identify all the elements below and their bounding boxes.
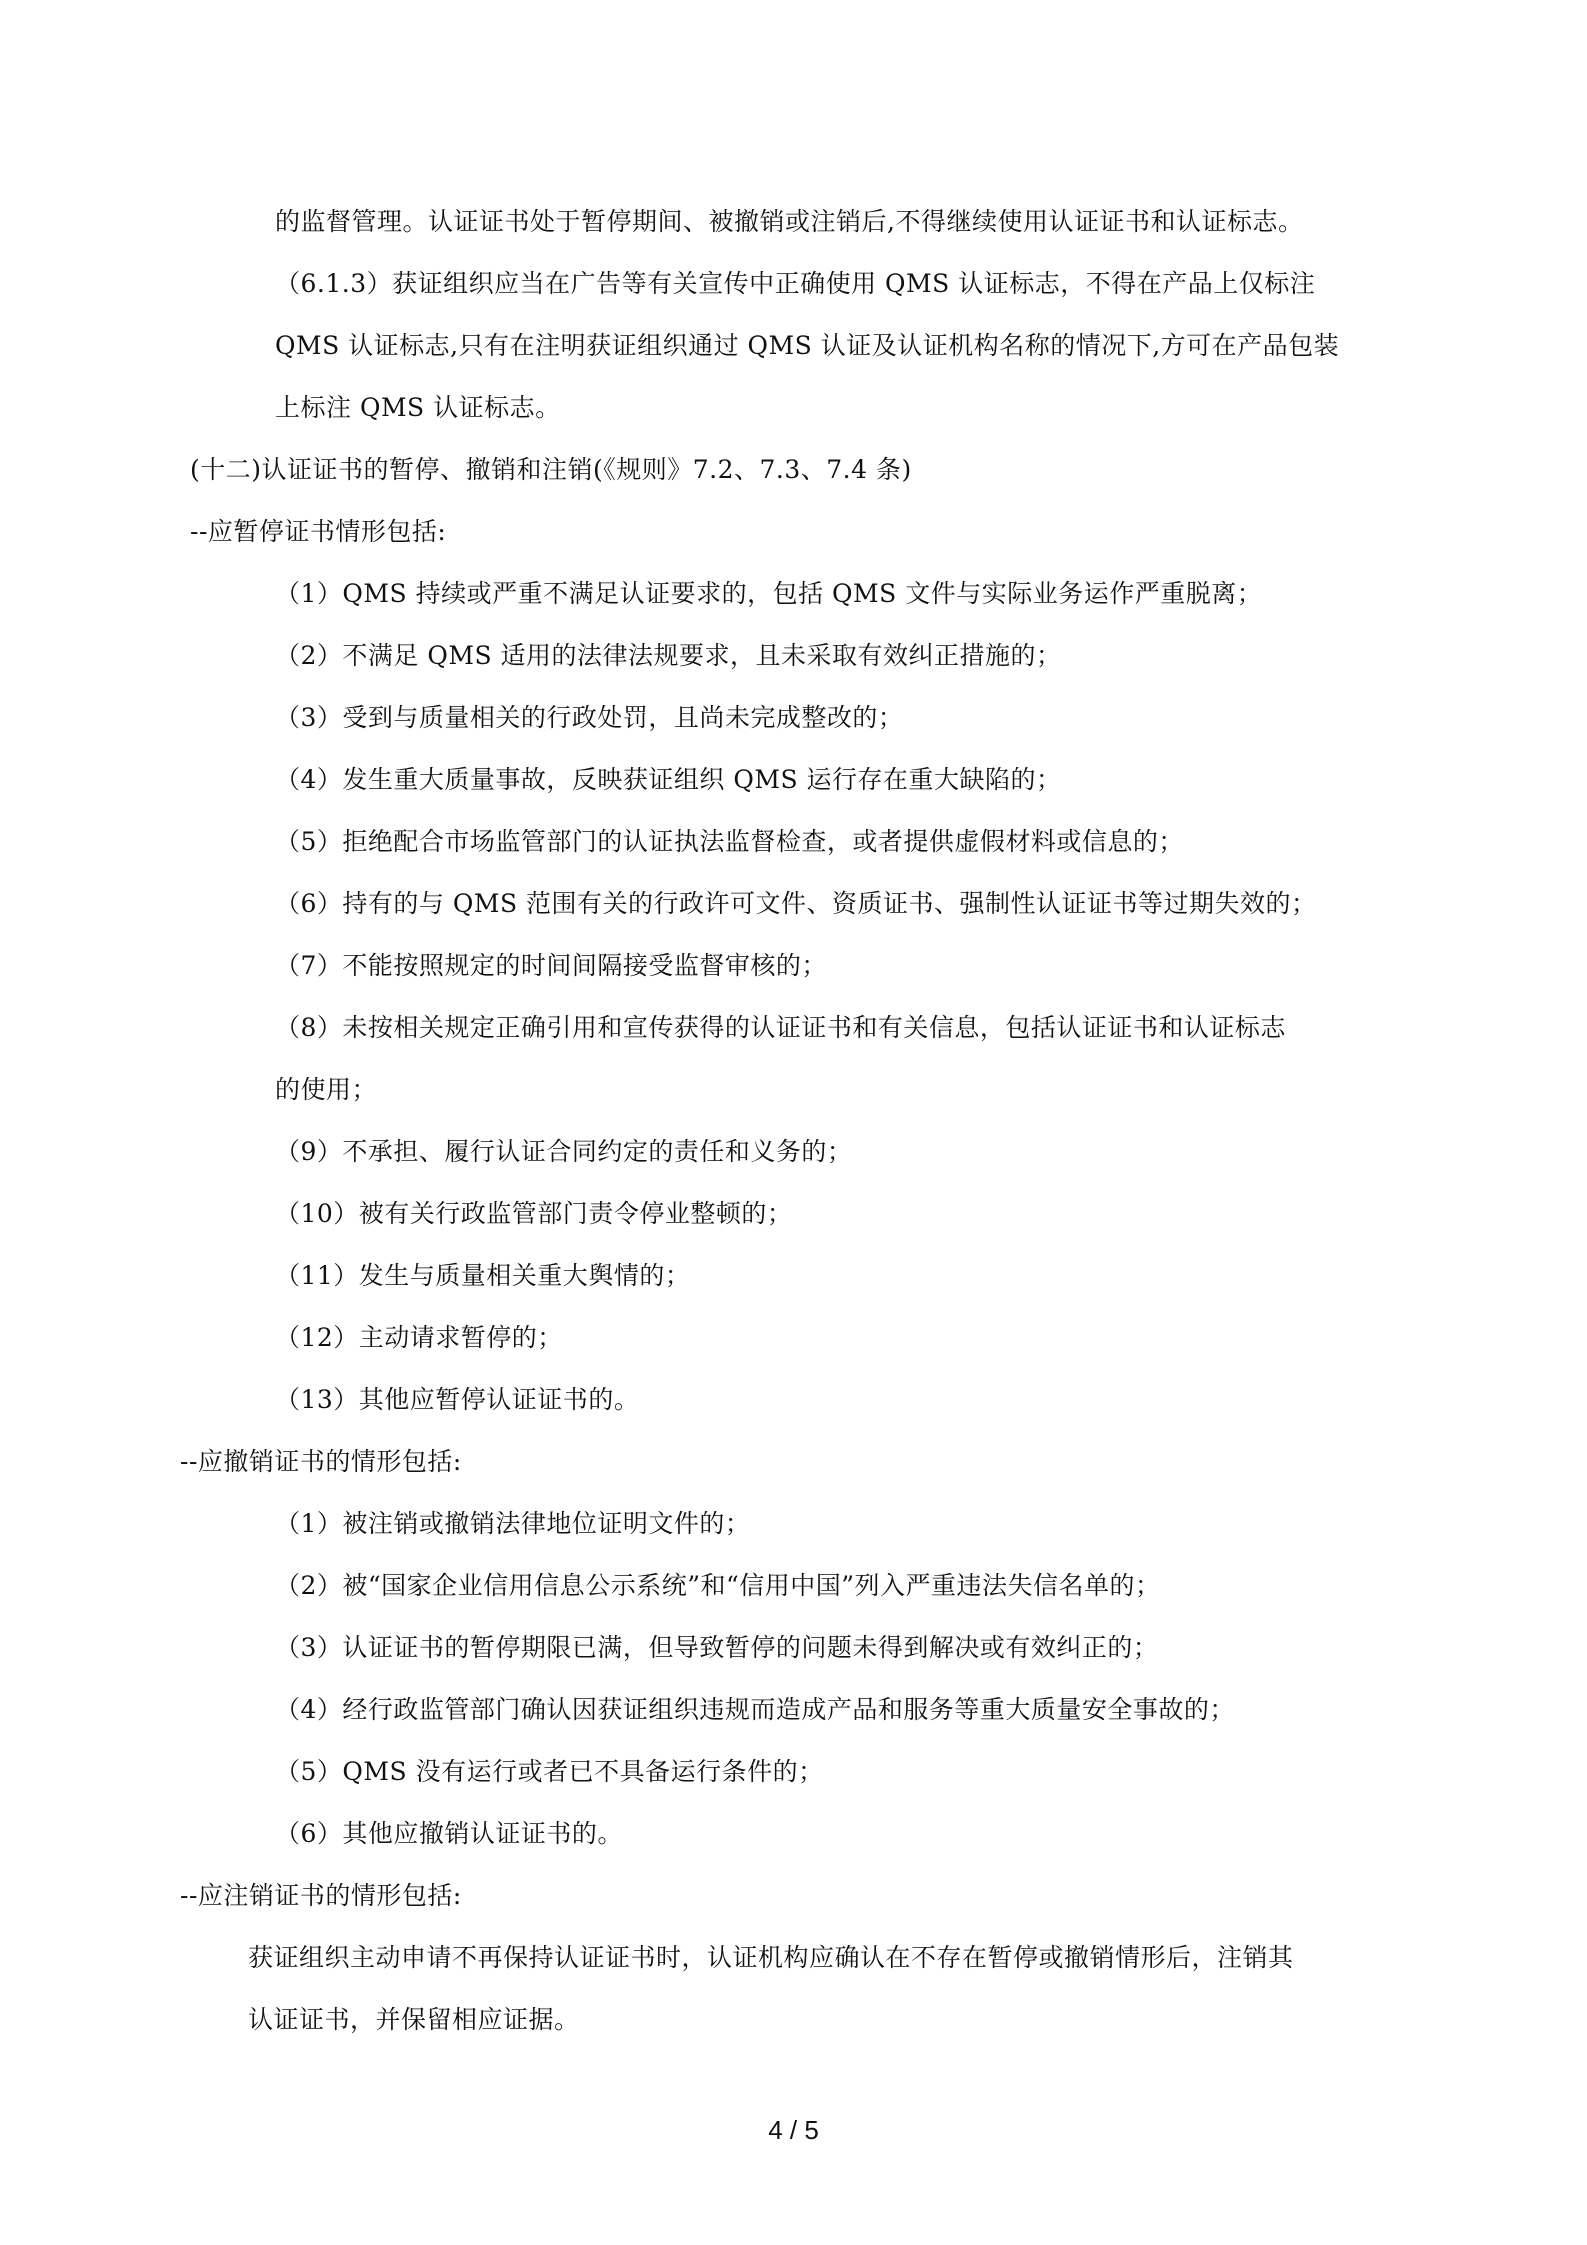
revoke-list-heading: --应撤销证书的情形包括: bbox=[180, 1446, 462, 1478]
suspend-item: （3）受到与质量相关的行政处罚，且尚未完成整改的； bbox=[275, 702, 903, 734]
paragraph-continuation: 的监督管理。认证证书处于暂停期间、被撤销或注销后,不得继续使用认证证书和认证标志… bbox=[275, 206, 1303, 238]
cancel-body-line-1: 获证组织主动申请不再保持认证证书时，认证机构应确认在不存在暂停或撤销情形后，注销… bbox=[248, 1942, 1294, 1974]
suspend-item-continuation: 的使用； bbox=[275, 1074, 377, 1106]
suspend-item: （5）拒绝配合市场监管部门的认证执法监督检查，或者提供虚假材料或信息的； bbox=[275, 826, 1184, 858]
revoke-item: （5）QMS 没有运行或者已不具备运行条件的； bbox=[275, 1756, 824, 1788]
suspend-item: （1）QMS 持续或严重不满足认证要求的，包括 QMS 文件与实际业务运作严重脱… bbox=[275, 578, 1262, 610]
suspend-list-heading: --应暂停证书情形包括: bbox=[190, 516, 446, 548]
revoke-item: （6）其他应撤销认证证书的。 bbox=[275, 1818, 623, 1850]
clause-6-1-3-line-2: QMS 认证标志,只有在注明获证组织通过 QMS 认证及认证机构名称的情况下,方… bbox=[275, 330, 1339, 362]
cancel-list-heading: --应注销证书的情形包括: bbox=[180, 1880, 462, 1912]
suspend-item: （12）主动请求暂停的； bbox=[275, 1322, 563, 1354]
suspend-item: （11）发生与质量相关重大舆情的； bbox=[275, 1260, 690, 1292]
clause-6-1-3-line-3: 上标注 QMS 认证标志。 bbox=[275, 392, 561, 424]
section-heading: (十二)认证证书的暂停、撤销和注销(《规则》7.2、7.3、7.4 条) bbox=[190, 454, 912, 486]
suspend-item: （7）不能按照规定的时间间隔接受监督审核的； bbox=[275, 950, 827, 982]
page-number: 4 / 5 bbox=[0, 2115, 1587, 2146]
suspend-item: （8）未按相关规定正确引用和宣传获得的认证证书和有关信息，包括认证证书和认证标志 bbox=[275, 1012, 1286, 1044]
revoke-item: （4）经行政监管部门确认因获证组织违规而造成产品和服务等重大质量安全事故的； bbox=[275, 1694, 1235, 1726]
suspend-item: （6）持有的与 QMS 范围有关的行政许可文件、资质证书、强制性认证证书等过期失… bbox=[275, 888, 1317, 920]
suspend-item: （4）发生重大质量事故，反映获证组织 QMS 运行存在重大缺陷的； bbox=[275, 764, 1062, 796]
suspend-item: （10）被有关行政监管部门责令停业整顿的； bbox=[275, 1198, 792, 1230]
revoke-item: （3）认证证书的暂停期限已满，但导致暂停的问题未得到解决或有效纠正的； bbox=[275, 1632, 1158, 1664]
cancel-body-line-2: 认证证书，并保留相应证据。 bbox=[248, 2004, 580, 2036]
document-page: 的监督管理。认证证书处于暂停期间、被撤销或注销后,不得继续使用认证证书和认证标志… bbox=[0, 0, 1587, 2245]
revoke-item: （1）被注销或撤销法律地位证明文件的； bbox=[275, 1508, 750, 1540]
clause-6-1-3-line-1: （6.1.3）获证组织应当在广告等有关宣传中正确使用 QMS 认证标志，不得在产… bbox=[275, 268, 1315, 300]
suspend-item: （9）不承担、履行认证合同约定的责任和义务的； bbox=[275, 1136, 852, 1168]
suspend-item: （2）不满足 QMS 适用的法律法规要求，且未采取有效纠正措施的； bbox=[275, 640, 1062, 672]
suspend-item: （13）其他应暂停认证证书的。 bbox=[275, 1384, 639, 1416]
revoke-item: （2）被“国家企业信用信息公示系统”和“信用中国”列入严重违法失信名单的； bbox=[275, 1570, 1161, 1602]
